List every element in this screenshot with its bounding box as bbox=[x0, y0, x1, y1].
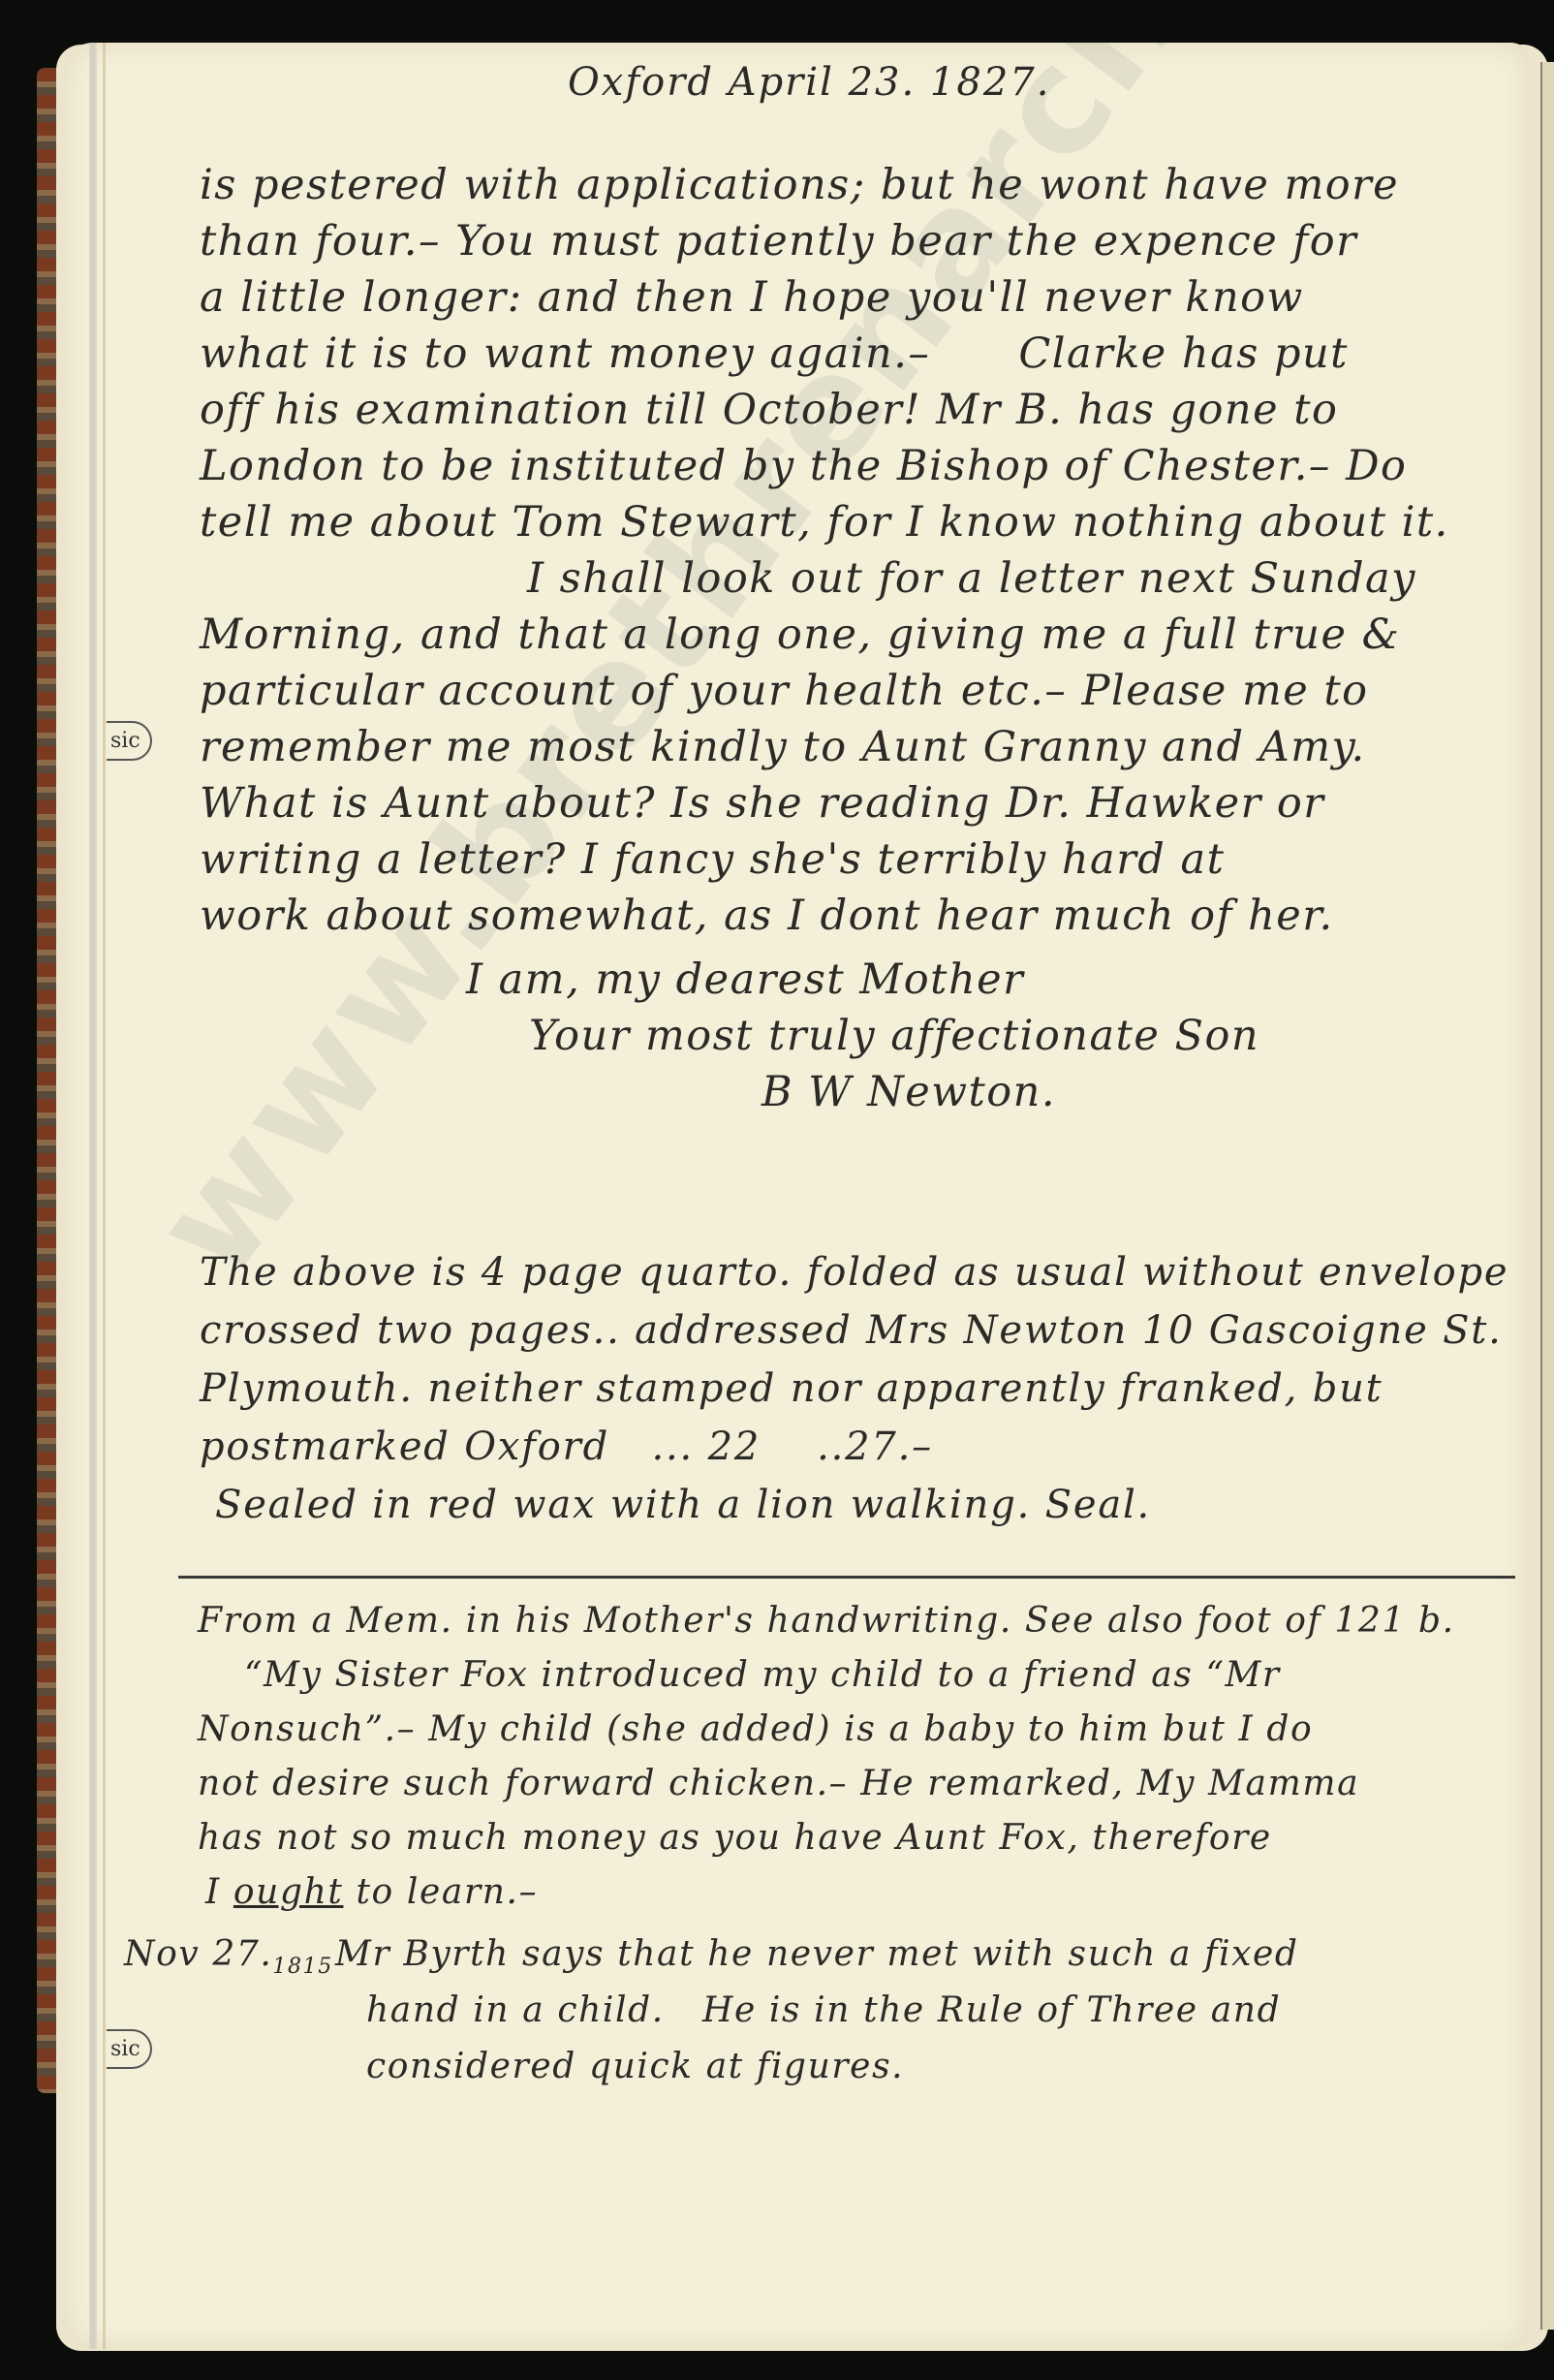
signature: B W Newton. bbox=[761, 1068, 1056, 1116]
dated-entry-line: considered quick at figures. bbox=[366, 2047, 904, 2086]
page-text: Oxford April 23. 1827. is pestered with … bbox=[64, 43, 1529, 2349]
letter-line: what it is to want money again.– Clarke … bbox=[200, 329, 1349, 378]
memorandum-line: has not so much money as you have Aunt F… bbox=[198, 1818, 1272, 1858]
memorandum-line: not desire such forward chicken.– He rem… bbox=[198, 1764, 1359, 1803]
manuscript-page: www.brethrenarchive.org Oxford April 23.… bbox=[64, 43, 1529, 2349]
letter-line: writing a letter? I fancy she's terribly… bbox=[200, 835, 1225, 884]
description-line: Plymouth. neither stamped nor apparently… bbox=[200, 1366, 1383, 1411]
letter-line: remember me most kindly to Aunt Granny a… bbox=[200, 723, 1366, 771]
memorandum-line: “My Sister Fox introduced my child to a … bbox=[244, 1655, 1281, 1695]
page-stack-right-edge bbox=[1540, 62, 1554, 2330]
description-line: The above is 4 page quarto. folded as us… bbox=[200, 1250, 1508, 1295]
memorandum-intro: From a Mem. in his Mother's handwriting.… bbox=[198, 1601, 1455, 1641]
closing-line: I am, my dearest Mother bbox=[466, 955, 1024, 1004]
description-line: postmarked Oxford ... 22 ..27.– bbox=[200, 1425, 933, 1469]
letter-line: London to be instituted by the Bishop of… bbox=[200, 442, 1407, 490]
page-header-date: Oxford April 23. 1827. bbox=[568, 60, 1050, 105]
sic-margin-note: sic bbox=[107, 721, 152, 761]
memorandum-line: I ought to learn.– bbox=[205, 1872, 538, 1912]
underlined-word: ought bbox=[233, 1872, 344, 1912]
description-line: crossed two pages.. addressed Mrs Newton… bbox=[200, 1308, 1503, 1353]
letter-line: I shall look out for a letter next Sunda… bbox=[527, 554, 1416, 603]
letter-line: What is Aunt about? Is she reading Dr. H… bbox=[200, 779, 1324, 828]
book-binding-edge bbox=[37, 68, 58, 2093]
letter-line: than four.– You must patiently bear the … bbox=[200, 217, 1357, 266]
letter-line: Morning, and that a long one, giving me … bbox=[200, 611, 1400, 659]
dated-entry-line: Mr Byrth says that he never met with suc… bbox=[335, 1934, 1299, 1974]
sic-margin-note: sic bbox=[107, 2029, 152, 2069]
letter-line: a little longer: and then I hope you'll … bbox=[200, 273, 1304, 322]
letter-line: tell me about Tom Stewart, for I know no… bbox=[200, 498, 1449, 547]
dated-entry-line: hand in a child. He is in the Rule of Th… bbox=[366, 1990, 1281, 2030]
section-divider-rule bbox=[178, 1576, 1515, 1579]
description-line: Sealed in red wax with a lion walking. S… bbox=[215, 1483, 1151, 1527]
memorandum-line: Nonsuch”.– My child (she added) is a bab… bbox=[198, 1709, 1313, 1749]
letter-line: work about somewhat, as I dont hear much… bbox=[200, 892, 1334, 940]
letter-line: is pestered with applications; but he wo… bbox=[200, 161, 1399, 209]
letter-line: particular account of your health etc.– … bbox=[200, 667, 1369, 715]
closing-line: Your most truly affectionate Son bbox=[529, 1012, 1259, 1060]
dated-entry-date: Nov 27.1815 bbox=[124, 1934, 333, 1979]
letter-line: off his examination till October! Mr B. … bbox=[200, 386, 1338, 434]
